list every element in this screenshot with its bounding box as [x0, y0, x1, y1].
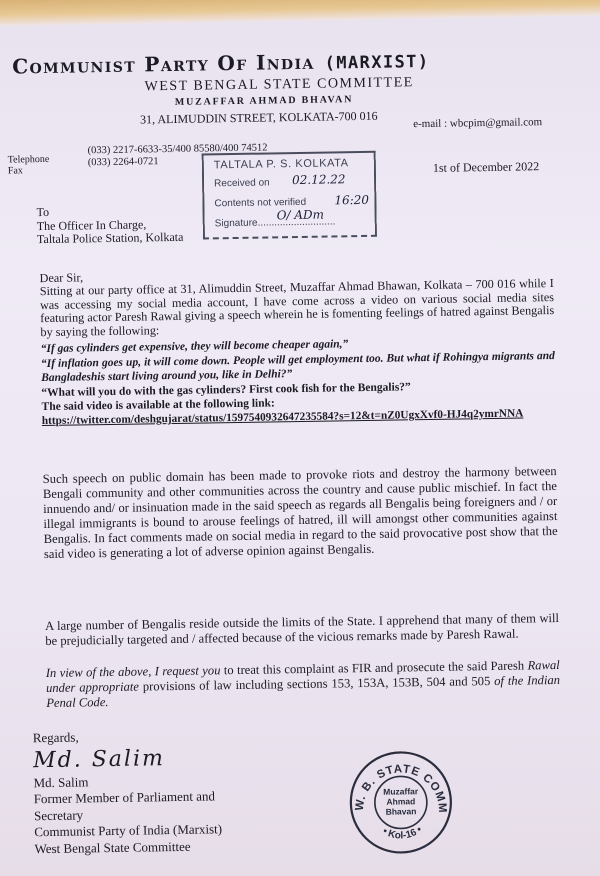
fax-label: Fax — [8, 165, 50, 177]
received-stamp: TALTALA P. S. KOLKATA Received on 02.12.… — [202, 151, 377, 240]
seal-center-1: Muzaffar — [383, 786, 419, 797]
letterhead-address: 31, ALIMUDDIN STREET, KOLKATA-700 016 — [140, 109, 378, 128]
quotes-block: “If gas cylinders get expensive, they wi… — [41, 334, 556, 400]
paragraph-intro: Sitting at our party office at 31, Alimu… — [40, 277, 555, 339]
stamp-time: 16:20 — [334, 193, 369, 208]
stamp-received-label: Received on — [214, 177, 270, 189]
seal-center-3: Bhavan — [386, 806, 417, 816]
seal-bottom-text: • Kol-16 • — [380, 824, 424, 842]
contact-labels: Telephone Fax — [8, 154, 50, 177]
party-suffix: (MARXIST) — [325, 52, 430, 74]
party-name: Communist Party Of India — [12, 50, 315, 79]
recipient-station: Taltala Police Station, Kolkata — [37, 231, 184, 247]
handwritten-signature: Md. Salim — [33, 744, 221, 775]
party-seal-icon: W. B. STATE COMMITTEE C.P.I.(M) • Kol-16… — [348, 750, 454, 856]
seal-center-2: Ahmad — [386, 796, 415, 806]
signer-org-2: West Bengal State Committee — [34, 838, 222, 857]
letterhead-bhavan: MUZAFFAR AHMAD BHAVAN — [175, 94, 354, 108]
stamp-signature-mark: O/ ADm — [277, 208, 325, 223]
recipient-block: To The Officer In Charge, Taltala Police… — [36, 204, 183, 247]
signer-title-1: Former Member of Parliament and — [34, 788, 222, 807]
request-italic-1: In view of the above, I request you — [46, 663, 221, 680]
letterhead-email: e-mail : wbcpim@gmail.com — [413, 116, 542, 130]
stamp-received: Received on 02.12.22 — [214, 177, 270, 189]
letterhead-committee: WEST BENGAL STATE COMMITTEE — [144, 75, 413, 95]
stamp-received-date: 02.12.22 — [292, 172, 346, 187]
letter-date: 1st of December 2022 — [433, 159, 540, 176]
paragraph-apprehension: A large number of Bengalis reside outsid… — [45, 611, 559, 649]
stamp-signature-label: Signature — [215, 218, 258, 230]
telephone-label: Telephone — [8, 154, 50, 166]
signature-block: Regards, Md. Salim Md. Salim Former Memb… — [33, 727, 223, 857]
signer-org-1: Communist Party of India (Marxist) — [34, 821, 222, 840]
paragraph-request: In view of the above, I request you to t… — [46, 658, 561, 711]
svg-text:• Kol-16 •: • Kol-16 • — [380, 824, 424, 842]
letterhead-title: Communist Party Of India(MARXIST) — [12, 48, 429, 79]
paragraph-harmony: Such speech on public domain has been ma… — [43, 464, 558, 562]
letter-page: Communist Party Of India(MARXIST) WEST B… — [0, 0, 600, 876]
stamp-station: TALTALA P. S. KOLKATA — [214, 157, 349, 171]
stamp-signature: Signature............................ O/… — [215, 216, 336, 229]
